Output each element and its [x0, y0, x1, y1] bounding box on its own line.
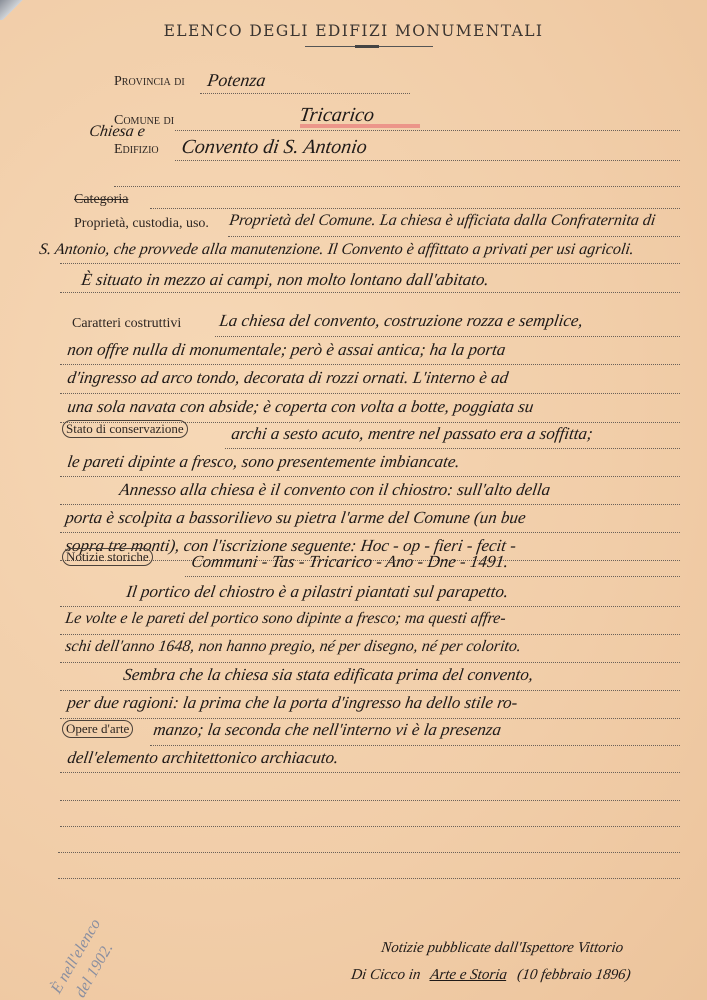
provincia-line [200, 93, 410, 94]
notizie-label: Notizie storiche [62, 548, 153, 566]
footer-publication: Arte e Storia [429, 967, 508, 984]
ruled-line [60, 364, 680, 365]
hw-line-3: È situato in mezzo ai campi, non molto l… [80, 270, 490, 290]
ruled-line [215, 336, 680, 337]
ruled-line [60, 826, 680, 827]
ruled-line [185, 576, 680, 577]
ruled-line [60, 476, 680, 477]
ruled-line [60, 718, 680, 719]
hw-line-6: d'ingresso ad arco tondo, decorata di ro… [66, 368, 510, 388]
hw-line-17: Sembra che la chiesa sia stata edificata… [122, 665, 535, 685]
hw-line-9: le pareti dipinte a fresco, sono present… [66, 452, 461, 472]
comune-value: Tricarico [298, 104, 376, 127]
categoria-label: Categoria [74, 192, 128, 208]
ruled-line [60, 634, 680, 635]
stato-label: Stato di conservazione [62, 420, 188, 438]
page-title: ELENCO DEGLI EDIFIZI MONUMENTALI [0, 22, 707, 40]
hw-line-11: porta è scolpita a bassorilievo su pietr… [64, 508, 527, 528]
ruled-line [60, 292, 680, 293]
ruled-line [60, 532, 680, 533]
hw-line-1: Proprietà del Comune. La chiesa è uffici… [228, 212, 657, 230]
hw-line-14: Il portico del chiostro è a pilastri pia… [125, 582, 510, 602]
hw-line-18: per due ragioni: la prima che la porta d… [66, 693, 519, 713]
ruled-line [60, 263, 680, 264]
provincia-label: Provincia di [114, 74, 185, 90]
ruled-line [60, 800, 680, 801]
proprieta-label: Proprietà, custodia, uso. [74, 216, 209, 232]
ruled-line [60, 662, 680, 663]
footer-date: (10 febbraio 1896) [516, 967, 632, 984]
hw-line-15: Le volte e le pareti del portico sono di… [64, 610, 507, 628]
provincia-value: Potenza [206, 70, 267, 91]
caratteri-label: Caratteri costruttivi [72, 316, 181, 332]
hw-line-8: archi a sesto acuto, mentre nel passato … [230, 424, 594, 444]
ruled-line [58, 878, 680, 879]
edifizio-value: Convento di S. Antonio [180, 136, 368, 159]
hw-line-10: Annesso alla chiesa è il convento con il… [118, 480, 552, 500]
hw-line-20: dell'elemento architettonico archiacuto. [66, 748, 340, 768]
ruled-line [225, 448, 680, 449]
ruled-line [150, 745, 680, 746]
edifizio-line [175, 160, 680, 161]
footer-note-line-2: Di Cicco in Arte e Storia (10 febbraio 1… [350, 966, 629, 984]
ruled-line [60, 690, 680, 691]
edifizio-prefix: Chiesa e [88, 123, 146, 141]
hw-line-7: una sola navata con abside; è coperta co… [66, 397, 535, 417]
footer-author: Di Cicco in [350, 967, 422, 984]
ruled-line [58, 852, 680, 853]
comune-line [175, 130, 680, 131]
hw-line-16: schi dell'anno 1648, non hanno pregio, n… [64, 638, 522, 656]
ruled-line [60, 393, 680, 394]
hw-line-4: La chiesa del convento, costruzione rozz… [218, 311, 584, 331]
ruled-line [228, 236, 680, 237]
edifizio-label: Edifizio [114, 142, 159, 158]
ruled-line [60, 772, 680, 773]
folded-corner [0, 0, 30, 20]
hw-line-5: non offre nulla di monumentale; però è a… [66, 340, 507, 360]
ruled-line [60, 504, 680, 505]
opere-label: Opere d'arte [62, 720, 133, 738]
categoria-line [150, 208, 680, 209]
title-ornament [305, 46, 433, 49]
hw-line-2: S. Antonio, che provvede alla manutenzio… [38, 241, 635, 259]
ruled-line [114, 186, 680, 187]
ruled-line [60, 606, 680, 607]
hw-line-19: manzo; la seconda che nell'interno vi è … [152, 720, 502, 740]
hw-line-13: Communi - Tas - Tricarico - Ano - Dne - … [190, 552, 510, 572]
footer-note-line-1: Notizie pubblicate dall'Ispettore Vittor… [380, 940, 624, 957]
